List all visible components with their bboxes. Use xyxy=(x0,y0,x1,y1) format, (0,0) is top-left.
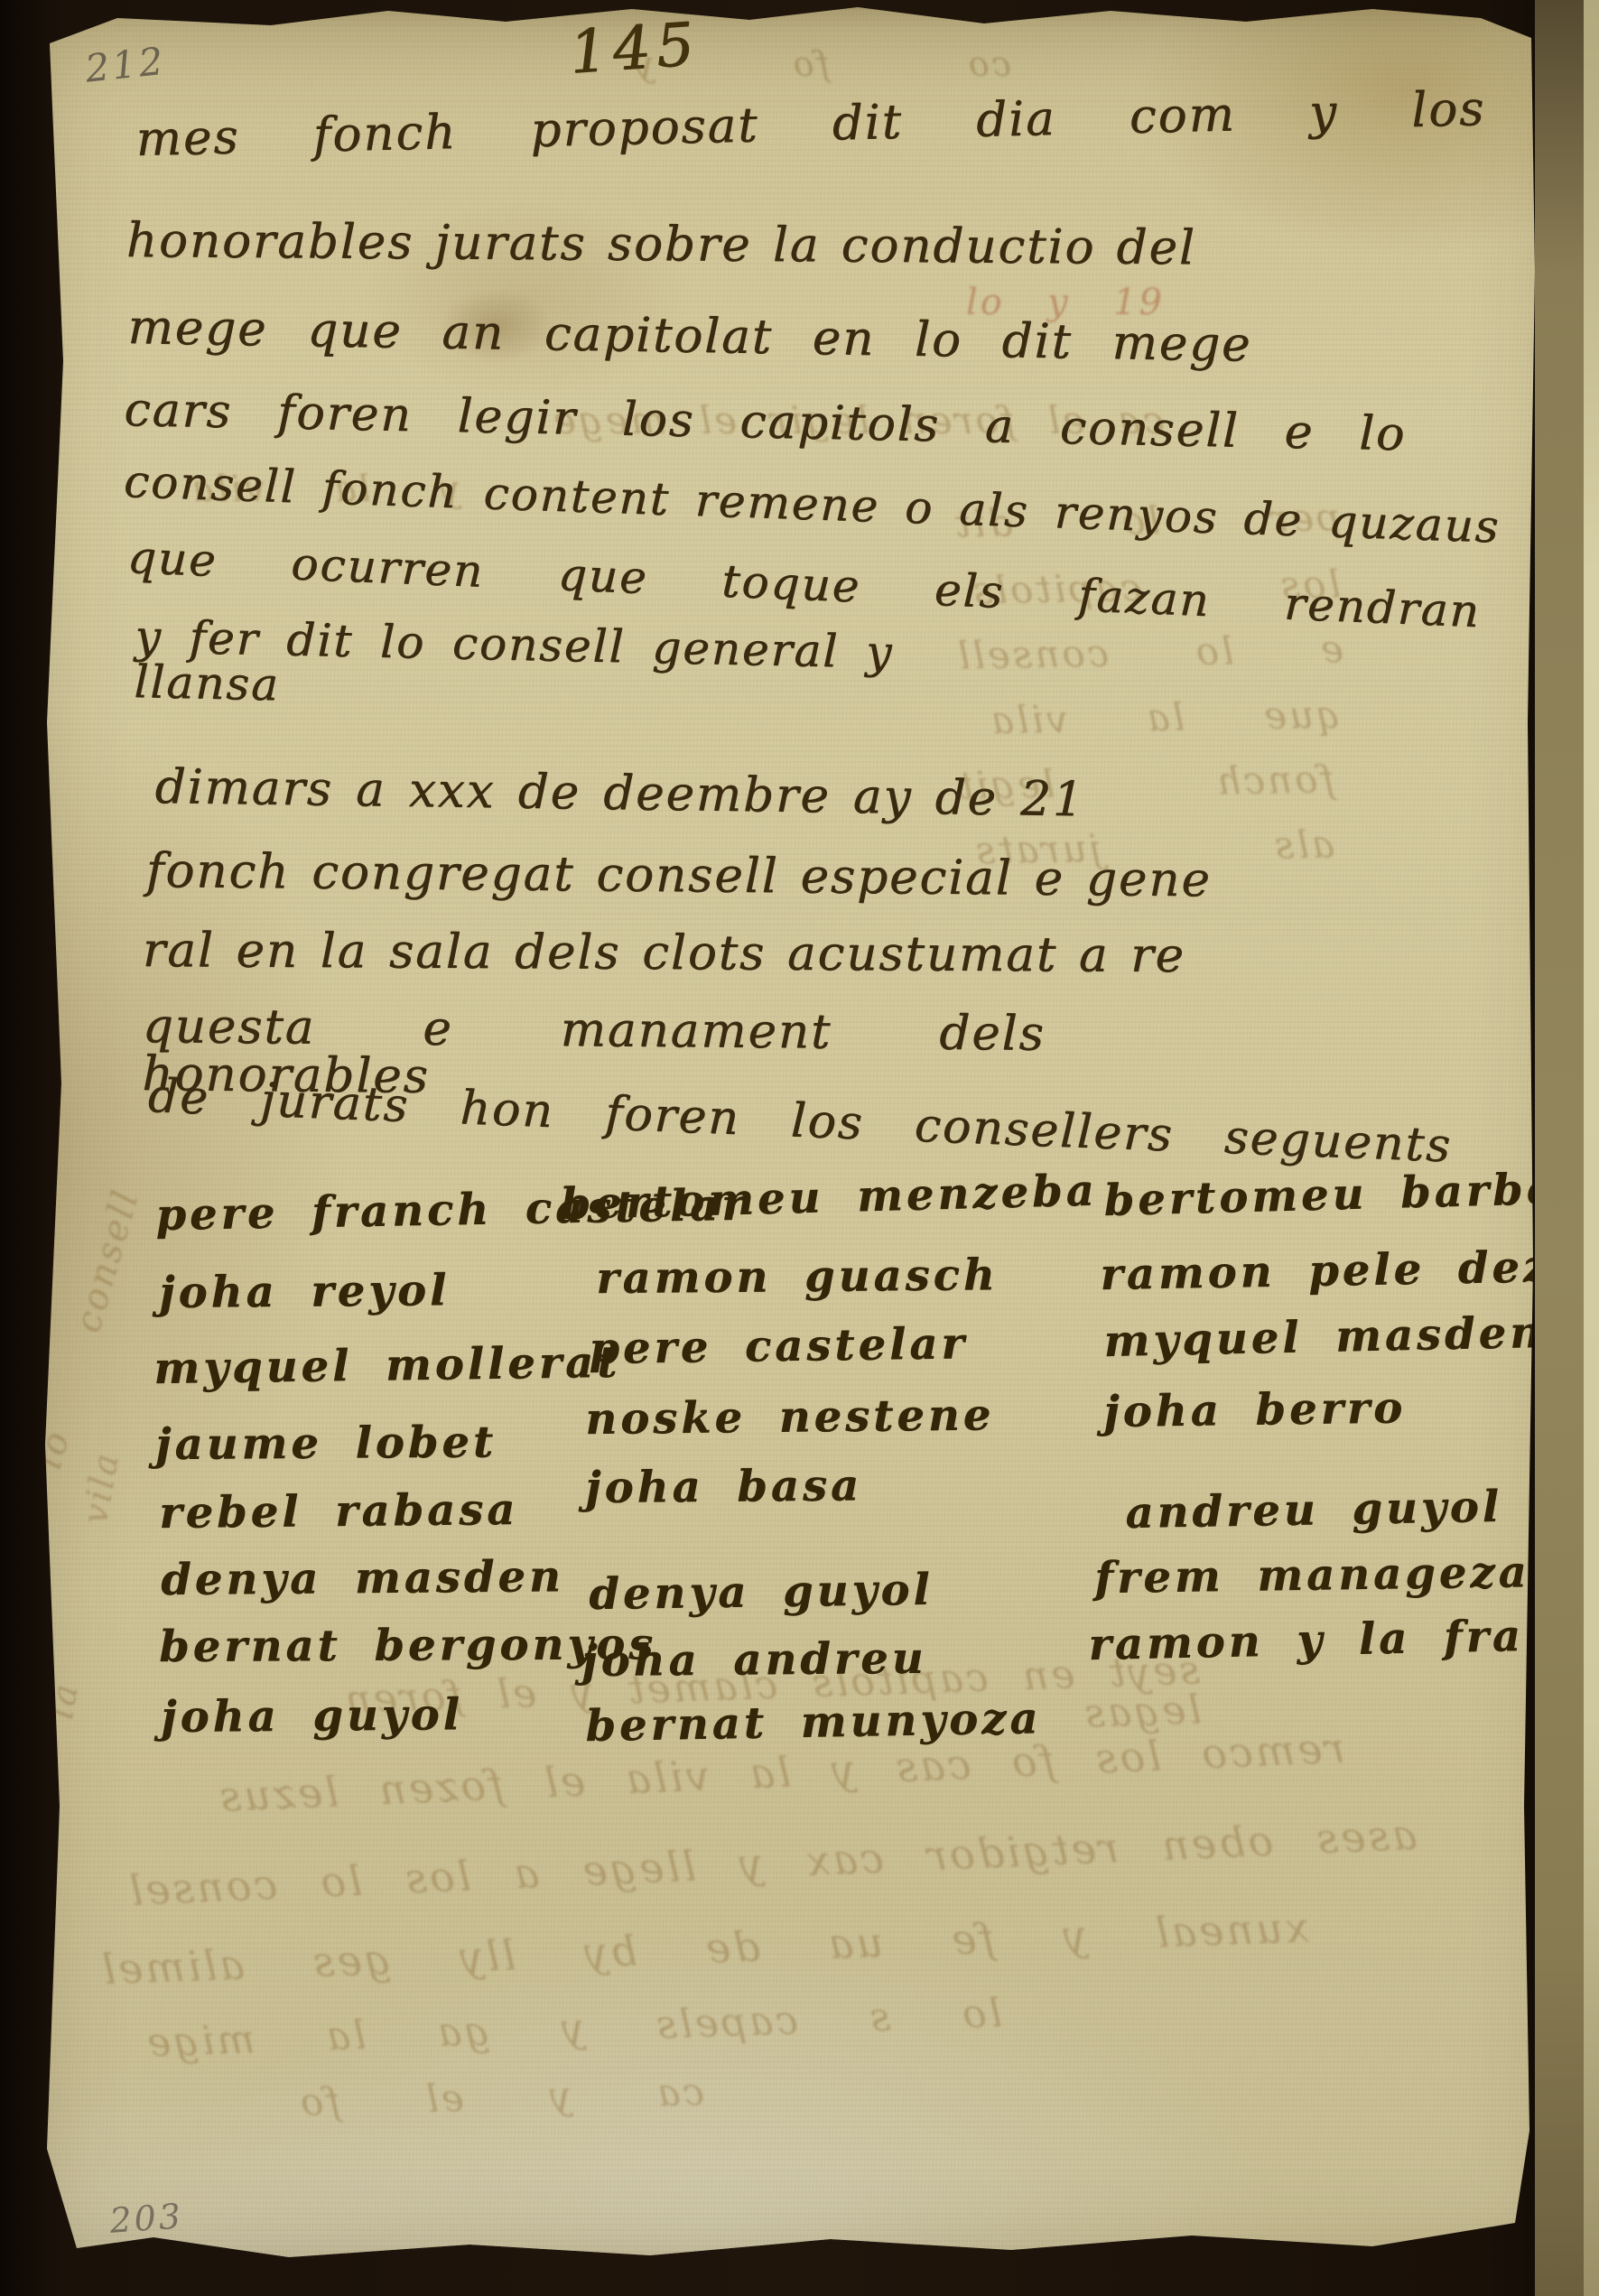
manuscript-line: honorables jurats sobre la conductio del xyxy=(126,217,1196,272)
councillor-name: ramon guasch xyxy=(596,1253,999,1300)
paper-sheet: co fo y ca el foren legir el mege y la v… xyxy=(0,0,1599,2296)
book-gutter-edge-shadow xyxy=(1535,0,1584,2296)
manuscript-line: fonch congregat consell especial e gene xyxy=(146,847,1212,904)
councillor-name: joha berro xyxy=(1103,1386,1406,1434)
manuscript-line: mes fonch proposat dit dia com y los xyxy=(135,85,1486,163)
manuscript-scan: co fo y ca el foren legir el mege y la v… xyxy=(0,0,1599,2296)
councillor-name: myquel masden xyxy=(1103,1311,1545,1363)
manuscript-line: dimars a xxx de deembre ay de 21 xyxy=(154,763,1085,823)
councillor-name: frem manageza xyxy=(1094,1550,1530,1600)
showthrough-line: xuneal y fe ua de by lly ges alimel xyxy=(99,1907,1310,1991)
manuscript-line: y fer dit lo consell general y llansa xyxy=(134,614,894,720)
councillor-name: joha basa xyxy=(585,1464,862,1510)
councillor-name: rebel rabasa xyxy=(159,1488,519,1535)
page-number-pencil-bottom: 203 xyxy=(108,2196,184,2241)
councillor-name: bernat munyoza xyxy=(585,1696,1042,1748)
councillor-name: denya guyol xyxy=(589,1568,934,1616)
showthrough-line: la vila xyxy=(43,1449,125,1722)
councillor-name: denya masden xyxy=(161,1555,564,1602)
folio-number-ink: 145 xyxy=(567,9,702,88)
manuscript-line: consell fonch content remene o als renyo… xyxy=(123,459,1501,550)
showthrough-line: e lo consell xyxy=(955,630,1344,674)
councillor-name: joha guyol xyxy=(161,1693,463,1739)
councillor-name: jaume lobet xyxy=(155,1420,497,1466)
manuscript-line: ral en la sala dels clots acustumat a re xyxy=(143,926,1185,980)
showthrough-line: lo consell xyxy=(31,1185,145,1473)
councillor-name: ramon y la francha xyxy=(1088,1612,1599,1667)
showthrough-line: lo s capels y ga la mige xyxy=(144,1994,1003,2063)
showthrough-line: ca y el fo xyxy=(298,2073,705,2122)
councillor-name: bertomeu menzeba xyxy=(560,1168,1098,1226)
manuscript-line: cars foren legir los capitols a consell … xyxy=(124,386,1407,458)
councillor-name: myquel mollerat xyxy=(153,1341,621,1390)
councillor-name: joha reyol xyxy=(159,1269,450,1315)
councillor-name: pere castelar xyxy=(589,1322,968,1371)
showthrough-line: ases oben retgidor cax y llege a los lo … xyxy=(126,1814,1418,1911)
councillor-name: ramon pele dez xyxy=(1100,1245,1552,1297)
councillor-name: andreu guyol xyxy=(1125,1485,1502,1535)
page-number-pencil-top: 212 xyxy=(83,39,168,91)
councillor-name: noske nestene xyxy=(585,1393,995,1441)
showthrough-line: que la vila xyxy=(989,696,1342,740)
next-page-edge xyxy=(1584,0,1599,2296)
councillor-name: joha andreu xyxy=(581,1637,927,1683)
councillor-name: bertomeu barbera xyxy=(1103,1166,1599,1222)
